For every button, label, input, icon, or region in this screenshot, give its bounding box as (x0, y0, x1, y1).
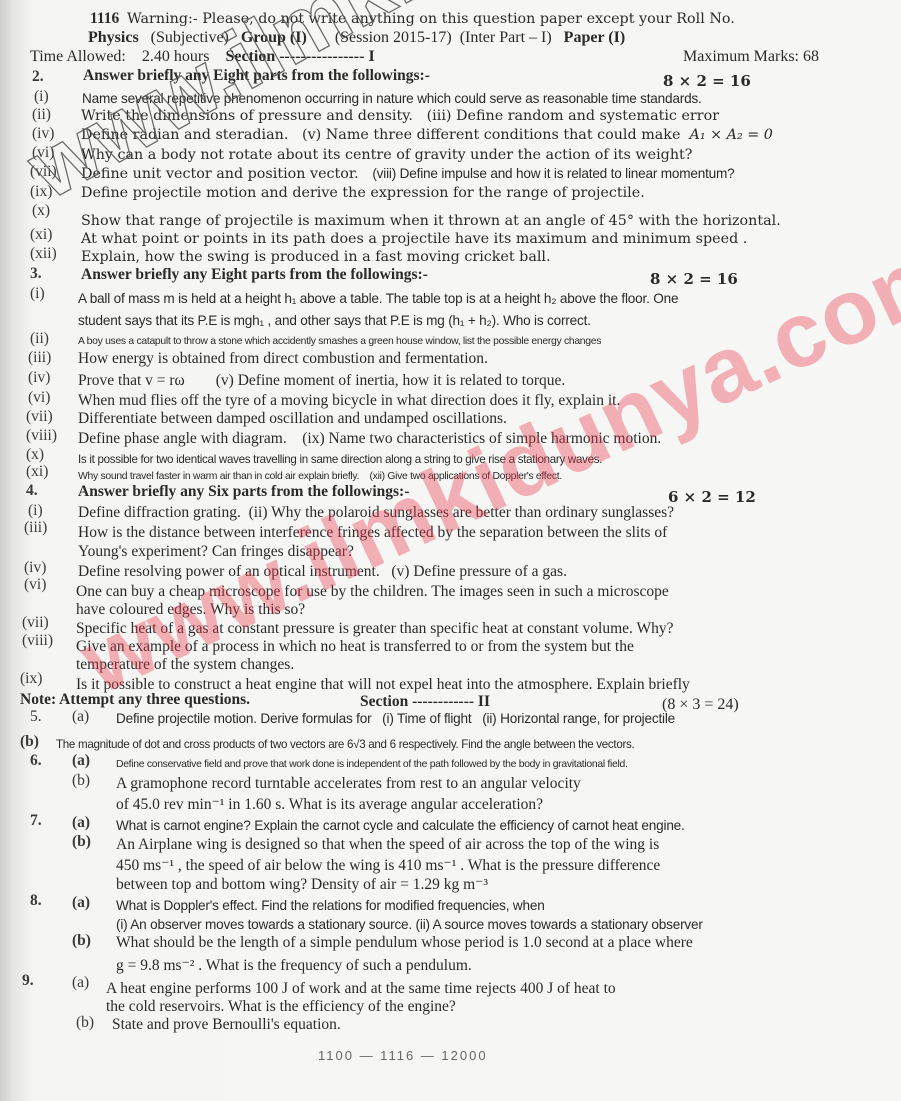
q5-a: Define projectile motion. Derive formula… (116, 710, 675, 728)
q3-number: 3. (30, 265, 42, 283)
q5-b: The magnitude of dot and cross products … (56, 736, 634, 754)
part-label: (a) (72, 974, 89, 992)
q3-title: Answer briefly any Eight parts from the … (81, 266, 428, 284)
question-paper: 1116 Warning:- Please, do not write anyt… (0, 0, 901, 1101)
part-label: (iv) (24, 559, 46, 577)
q7-b-cont: 450 ms⁻¹ , the speed of air below the wi… (116, 857, 660, 875)
q8-b: What should be the length of a simple pe… (116, 934, 693, 952)
part-label: (ii) (30, 330, 49, 348)
q9-b: State and prove Bernoulli's equation. (112, 1016, 341, 1034)
paper-number: Paper (I) (564, 29, 625, 46)
part-label: (vii) (22, 614, 49, 632)
q7-number: 7. (30, 812, 42, 830)
q6-b-cont: of 45.0 rev min⁻¹ in 1.60 s. What is its… (116, 796, 543, 814)
q2-part-vii: Define unit vector and position vector. … (81, 165, 735, 183)
part-label: (viii) (26, 427, 57, 445)
part-label: (iv) (28, 369, 50, 387)
footer-codes: 1100 — 1116 — 12000 (318, 1048, 488, 1063)
q6-b: A gramophone record turntable accelerate… (116, 775, 581, 793)
time-label: Time Allowed: (30, 48, 126, 65)
part-label: (ix) (20, 670, 42, 688)
part-label: (xi) (30, 226, 52, 244)
q2-part-x: Show that range of projectile is maximum… (81, 212, 781, 230)
part-extra: (i) Time of flight (382, 711, 471, 726)
part-text: Why sound travel faster in warm air than… (78, 471, 359, 482)
part-label: (a) (72, 814, 90, 832)
part-label: (b) (72, 772, 90, 790)
part-label: (i) (30, 285, 45, 303)
part-label: (iii) (28, 349, 51, 367)
q2-part-xi: At what point or points in its path does… (81, 230, 747, 248)
part-label: (a) (72, 752, 90, 770)
subject: Physics (88, 29, 139, 46)
part-label: (vii) (26, 408, 53, 426)
q6-a: Define conservative field and prove that… (116, 756, 628, 774)
part-extra: (ii) Horizontal range, for projectile (482, 711, 675, 726)
formula: A₁ × A₂ = 0 (690, 127, 773, 143)
paper-code: 1116 (90, 10, 119, 27)
part-label: (b) (72, 932, 91, 950)
part-text: Prove that v = rω (78, 372, 185, 389)
part-label: (vi) (28, 389, 50, 407)
q7-b: An Airplane wing is designed so that whe… (116, 836, 659, 854)
part-label: (x) (26, 446, 44, 464)
part-extra: (viii) Define impulse and how it is rela… (372, 166, 734, 181)
part-label: (b) (72, 833, 91, 851)
q4-number: 4. (26, 482, 38, 500)
part-label: (xii) (30, 245, 57, 263)
q9-number: 9. (22, 972, 34, 990)
q7-b-cont2: between top and bottom wing? Density of … (116, 876, 488, 894)
part-text: Define projectile motion. Derive formula… (116, 711, 371, 726)
q3-part-iv: Prove that v = rω (v) Define moment of i… (78, 372, 565, 390)
q5-number: 5. (30, 708, 42, 726)
part-label: (xi) (26, 463, 48, 481)
q6-number: 6. (30, 752, 42, 770)
q2-part-ix: Define projectile motion and derive the … (81, 184, 645, 202)
part-extra: (v) Define moment of inertia, how it is … (216, 372, 566, 389)
q3-part-i: A ball of mass m is held at a height h₁ … (78, 290, 678, 308)
part-label: (b) (20, 733, 39, 751)
q2-part-xii: Explain, how the swing is produced in a … (81, 248, 551, 266)
part-label: (i) (34, 88, 49, 106)
q3-part-vii: Differentiate between damped oscillation… (78, 410, 507, 428)
part-label: (x) (32, 202, 50, 220)
q2-marks: 8 × 2 = 16 (663, 72, 751, 90)
q9-a-cont: the cold reservoirs. What is the efficie… (106, 998, 456, 1016)
inter-part: (Inter Part – I) (460, 29, 552, 46)
part-label: (a) (72, 708, 89, 726)
q3-part-iii: How energy is obtained from direct combu… (78, 350, 488, 368)
q8-number: 8. (30, 892, 42, 910)
part-extra: (v) Name three different conditions that… (302, 127, 680, 143)
part-text: Define diffraction grating. (78, 504, 241, 521)
part-label: (i) (28, 502, 43, 520)
q2-number: 2. (32, 68, 44, 86)
q3-part-i-cont: student says that its P.E is mgh₁ , and … (78, 312, 591, 330)
q9-a: A heat engine performs 100 J of work and… (106, 980, 616, 998)
part-label: (vi) (24, 576, 46, 594)
part-label: (iii) (24, 519, 47, 537)
part-extra: (iii) Define random and systematic error (427, 108, 719, 124)
section-two: Section ------------ II (360, 693, 490, 711)
q4-marks: 6 × 2 = 12 (668, 488, 756, 506)
part-label: (a) (72, 894, 90, 912)
part-label: (viii) (22, 632, 53, 650)
q8-a: What is Doppler's effect. Find the relat… (116, 897, 545, 915)
q3-marks: 8 × 2 = 16 (650, 270, 738, 288)
part-text: Define phase angle with diagram. (78, 430, 287, 447)
q7-a: What is carnot engine? Explain the carno… (116, 817, 685, 835)
part-label: (b) (76, 1014, 94, 1032)
q8-b-cont: g = 9.8 ms⁻² . What is the frequency of … (116, 957, 472, 975)
q8-a-cont: (i) An observer moves towards a stationa… (116, 916, 703, 934)
max-marks: Maximum Marks: 68 (683, 48, 819, 66)
q3-part-ii: A boy uses a catapult to throw a stone w… (78, 333, 601, 351)
